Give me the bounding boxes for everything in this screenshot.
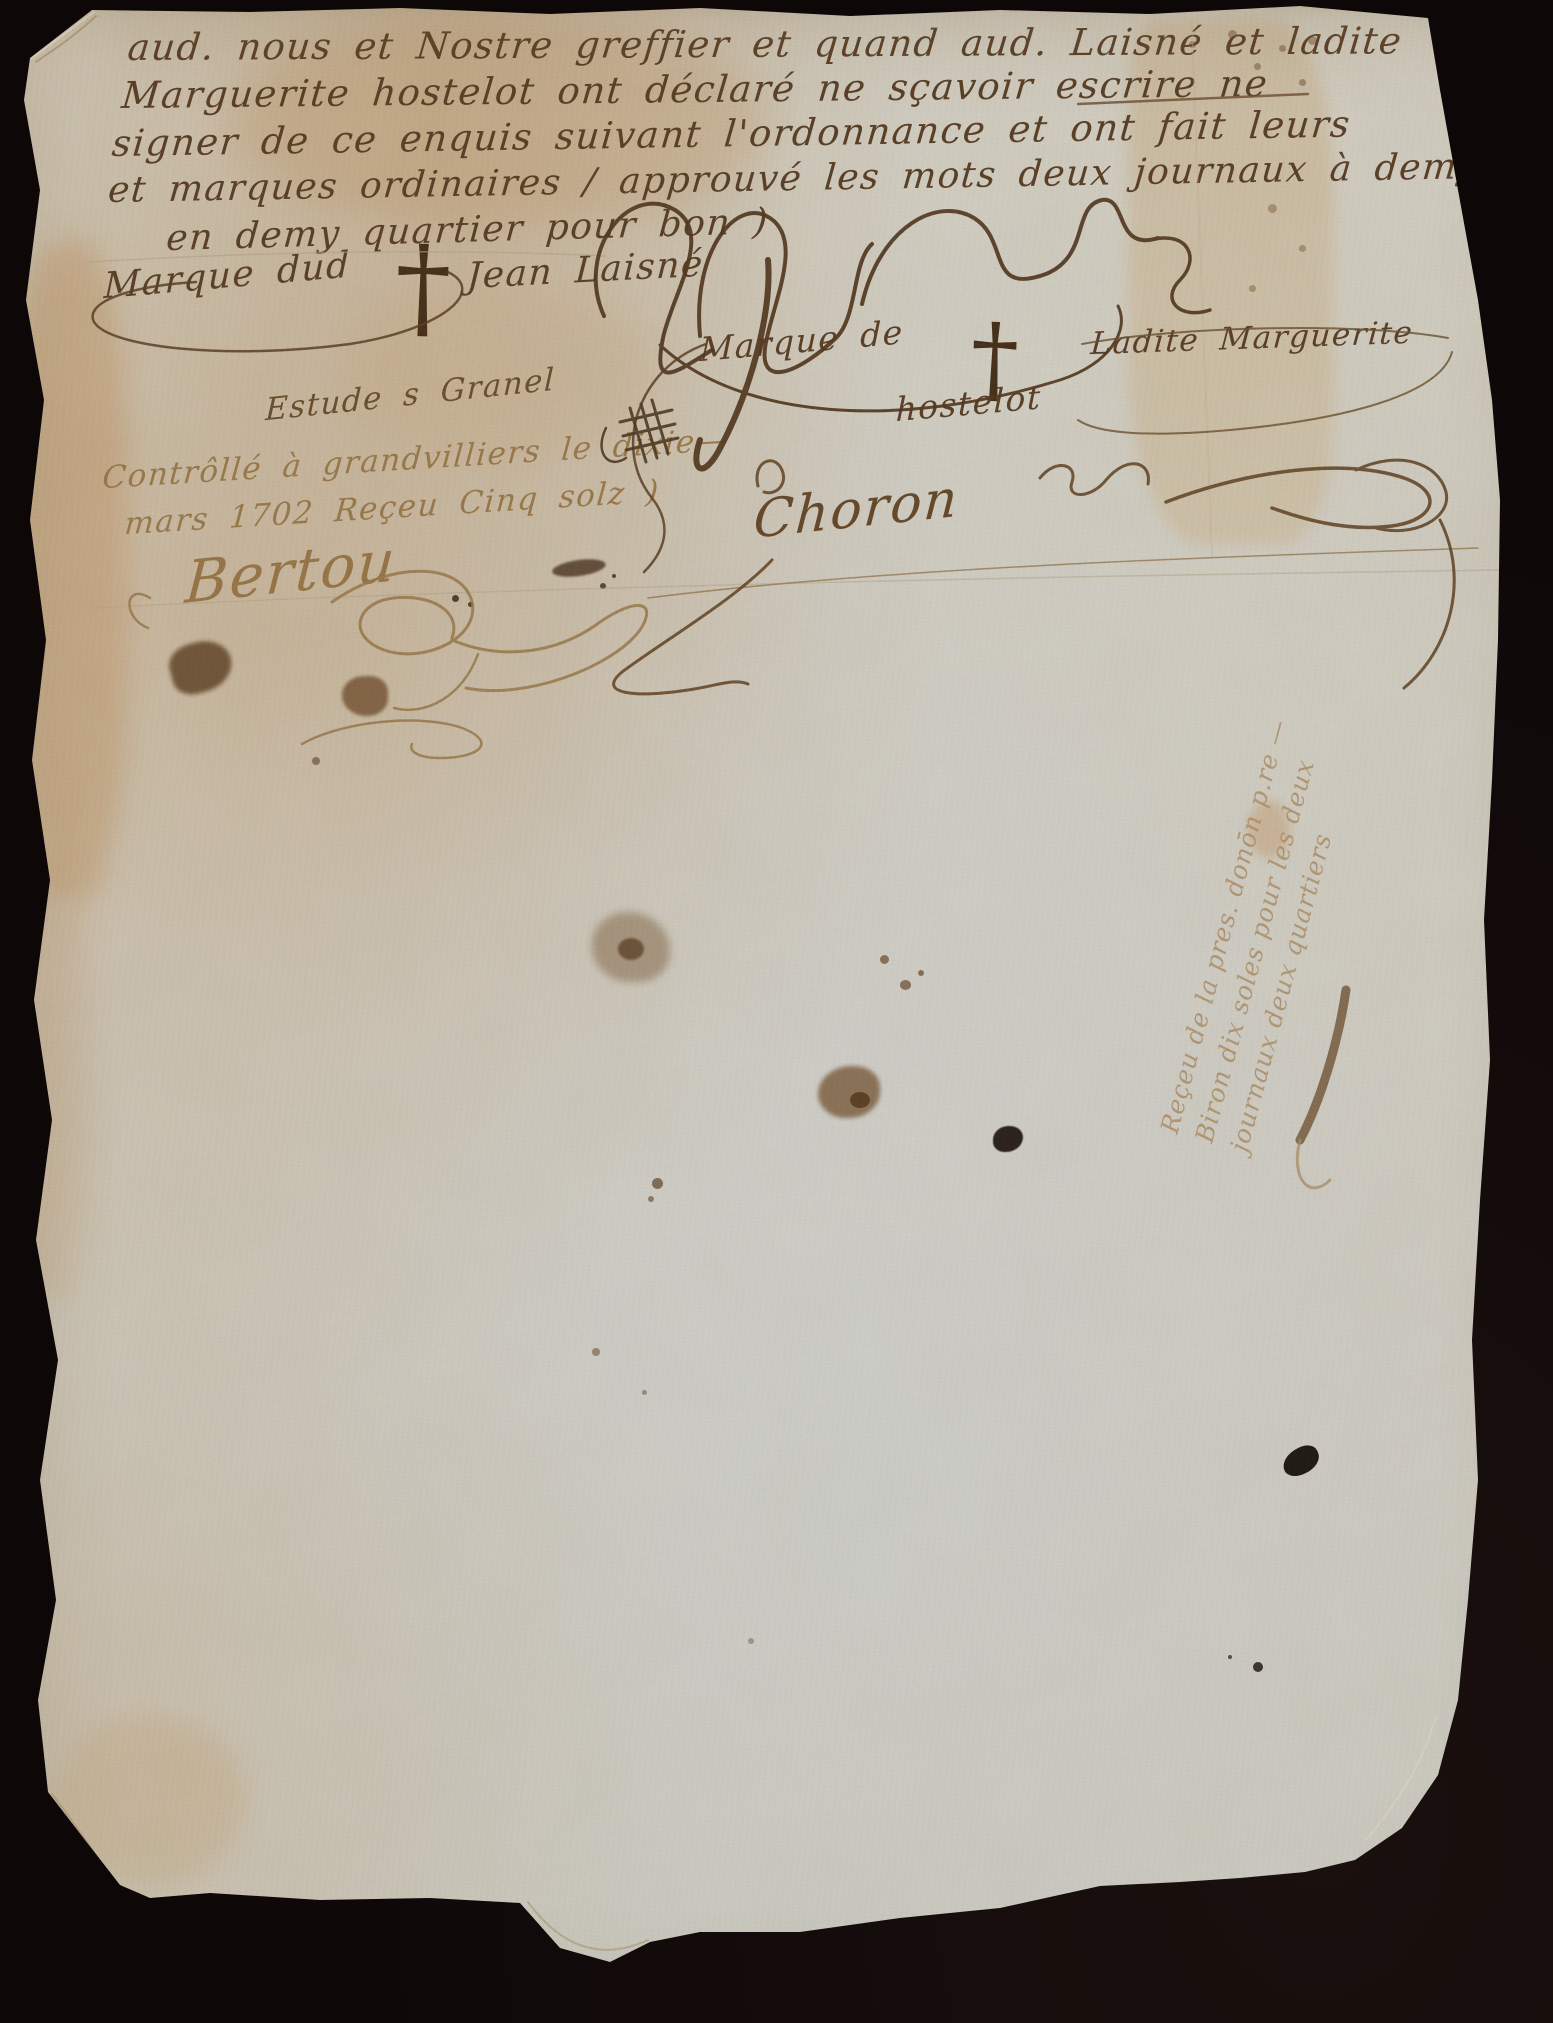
photo-backing: aud. nous et Nostre greffier et quand au… xyxy=(0,0,1553,2023)
stain-dot xyxy=(592,1348,600,1356)
stain-left-edge xyxy=(10,240,130,900)
corner-fold-line xyxy=(52,1794,126,1898)
corner-fold-line xyxy=(528,1902,648,1950)
stain-dot xyxy=(312,757,320,765)
stain-dot xyxy=(648,1196,654,1202)
stain-dot xyxy=(748,1638,754,1644)
choron-signature: Choron xyxy=(752,468,961,550)
side-receipt-note: Reçeu de la pres. donōn p.re — Biron dix… xyxy=(1152,664,1381,1156)
body-line-1: aud. nous et Nostre greffier et quand au… xyxy=(126,19,1405,69)
marguerite-mark-name: Ladite Marguerite xyxy=(1089,315,1414,362)
stain-dot xyxy=(1228,1655,1232,1659)
corner-fold-shadow xyxy=(36,16,96,62)
ink-flourishes xyxy=(0,0,1553,2023)
stain-blot xyxy=(818,1066,880,1118)
side-note-underline xyxy=(1300,990,1346,1140)
stain-blot xyxy=(165,635,238,699)
manuscript-page: aud. nous et Nostre greffier et quand au… xyxy=(0,0,1553,2023)
paper-grain-texture xyxy=(0,0,1553,2023)
stain-bottom-left-corner xyxy=(55,1715,245,1885)
stain-smudge xyxy=(551,556,607,579)
stain-dot xyxy=(452,595,459,602)
stain-blot-core xyxy=(618,938,644,960)
stain-dot xyxy=(880,955,889,964)
stain-dot xyxy=(642,1390,647,1395)
stain-dot xyxy=(612,574,616,578)
marguerite-mark-label: Marque de xyxy=(699,312,904,369)
stain-dot xyxy=(918,970,924,976)
stain-dark-blot xyxy=(993,1126,1023,1152)
laisne-mark-name: Jean Laisné xyxy=(466,244,705,298)
corner-fold-line xyxy=(1366,1716,1436,1840)
estude-note-line: Estude s Granel xyxy=(265,362,556,429)
fiber-texture xyxy=(0,0,1553,2023)
stain-dot xyxy=(652,1178,663,1189)
bertou-signature: Bertou xyxy=(183,526,399,617)
stain-dot xyxy=(468,602,473,607)
stain-left-edge-lower xyxy=(8,860,88,1300)
stain-dot xyxy=(1253,1662,1263,1672)
marguerite-mark-surname: hostelot xyxy=(895,377,1042,429)
stain-dark-blot xyxy=(1278,1441,1323,1481)
stain-dot xyxy=(600,583,606,589)
corner-fold-line xyxy=(32,12,94,58)
laisne-cross-mark: † xyxy=(394,240,452,336)
stain-blot xyxy=(342,676,388,716)
choron-flourish xyxy=(614,460,1455,694)
stain-blot-large xyxy=(592,912,670,982)
edge-vignette xyxy=(0,0,1553,2023)
side-note-tail xyxy=(1297,1140,1330,1188)
paper-blotch-texture xyxy=(0,0,1553,2023)
marguerite-sweep-line xyxy=(648,548,1478,598)
stain-blot-core xyxy=(850,1092,870,1108)
stain-dot xyxy=(900,980,911,990)
